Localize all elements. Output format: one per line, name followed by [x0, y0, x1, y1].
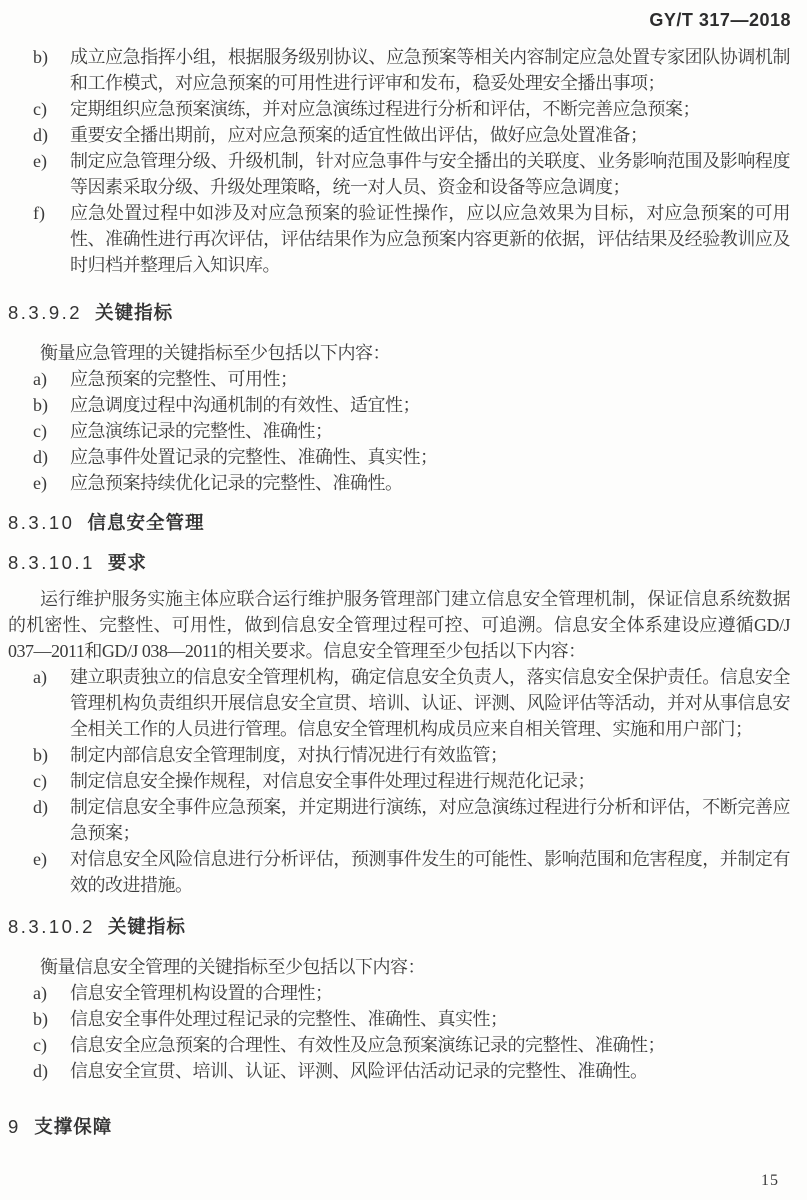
- clause-heading-8-3-10-2: 8.3.10.2关键指标: [8, 914, 790, 940]
- list-item: c) 定期组织应急预案演练，并对应急演练过程进行分析和评估，不断完善应急预案；: [8, 96, 790, 122]
- clause-heading-8-3-10-1: 8.3.10.1要求: [8, 550, 790, 576]
- clause-title: 关键指标: [95, 302, 173, 323]
- list-item-label: a): [33, 664, 70, 742]
- page-number: 15: [761, 1172, 779, 1189]
- list-item-text: 重要安全播出期前，应对应急预案的适宜性做出评估，做好应急处置准备；: [70, 122, 790, 148]
- chapter-heading-9: 9支撑保障: [8, 1114, 790, 1140]
- list-item-label: e): [33, 148, 70, 200]
- list-item: f) 应急处置过程中如涉及对应急预案的验证性操作，应以应急效果为目标，对应急预案…: [8, 200, 790, 278]
- chapter-number: 9: [8, 1116, 18, 1137]
- list-item-text: 应急预案持续优化记录的完整性、准确性。: [70, 470, 790, 496]
- emergency-measures-list: b) 成立应急指挥小组，根据服务级别协议、应急预案等相关内容制定应急处置专家团队…: [8, 44, 790, 278]
- infosec-kpi-intro-paragraph: 衡量信息安全管理的关键指标至少包括以下内容：: [8, 954, 790, 980]
- list-item-label: c): [33, 418, 70, 444]
- list-item-label: d): [33, 794, 70, 846]
- list-item-text: 应急调度过程中沟通机制的有效性、适宜性；: [70, 392, 790, 418]
- list-item-text: 建立职责独立的信息安全管理机构，确定信息安全负责人，落实信息安全保护责任。信息安…: [70, 664, 790, 742]
- list-item: b) 成立应急指挥小组，根据服务级别协议、应急预案等相关内容制定应急处置专家团队…: [8, 44, 790, 96]
- clause-number: 8.3.10.1: [8, 552, 95, 573]
- list-item-text: 制定内部信息安全管理制度，对执行情况进行有效监管；: [70, 742, 790, 768]
- infosec-kpi-list: a) 信息安全管理机构设置的合理性； b) 信息安全事件处理过程记录的完整性、准…: [8, 980, 790, 1084]
- page-footer: 15: [761, 1168, 779, 1194]
- list-item-text: 应急预案的完整性、可用性；: [70, 366, 790, 392]
- infosec-requirements-list: a) 建立职责独立的信息安全管理机构，确定信息安全负责人，落实信息安全保护责任。…: [8, 664, 790, 898]
- document-page: GY/T 317—2018 b) 成立应急指挥小组，根据服务级别协议、应急预案等…: [0, 0, 807, 1200]
- clause-number: 8.3.9.2: [8, 302, 82, 323]
- list-item: d) 制定信息安全事件应急预案，并定期进行演练，对应急演练过程进行分析和评估，不…: [8, 794, 790, 846]
- list-item-text: 应急事件处置记录的完整性、准确性、真实性；: [70, 444, 790, 470]
- list-item: c) 制定信息安全操作规程，对信息安全事件处理过程进行规范化记录；: [8, 768, 790, 794]
- list-item-label: a): [33, 980, 70, 1006]
- list-item-label: d): [33, 444, 70, 470]
- list-item-label: b): [33, 392, 70, 418]
- clause-number: 8.3.10: [8, 512, 74, 533]
- list-item-label: d): [33, 122, 70, 148]
- list-item: d) 应急事件处置记录的完整性、准确性、真实性；: [8, 444, 790, 470]
- clause-title: 信息安全管理: [87, 512, 204, 533]
- list-item-label: b): [33, 44, 70, 96]
- clause-title: 关键指标: [108, 916, 186, 937]
- list-item: c) 信息安全应急预案的合理性、有效性及应急预案演练记录的完整性、准确性；: [8, 1032, 790, 1058]
- clause-heading-8-3-10: 8.3.10信息安全管理: [8, 510, 790, 536]
- list-item-text: 制定信息安全操作规程，对信息安全事件处理过程进行规范化记录；: [70, 768, 790, 794]
- list-item-text: 成立应急指挥小组，根据服务级别协议、应急预案等相关内容制定应急处置专家团队协调机…: [70, 44, 790, 96]
- list-item-text: 制定应急管理分级、升级机制，针对应急事件与安全播出的关联度、业务影响范围及影响程…: [70, 148, 790, 200]
- list-item-label: d): [33, 1058, 70, 1084]
- page-content: b) 成立应急指挥小组，根据服务级别协议、应急预案等相关内容制定应急处置专家团队…: [0, 0, 807, 1140]
- list-item-text: 应急演练记录的完整性、准确性；: [70, 418, 790, 444]
- list-item-label: e): [33, 470, 70, 496]
- list-item-text: 信息安全应急预案的合理性、有效性及应急预案演练记录的完整性、准确性；: [70, 1032, 790, 1058]
- infosec-requirements-paragraph: 运行维护服务实施主体应联合运行维护服务管理部门建立信息安全管理机制，保证信息系统…: [8, 586, 790, 664]
- list-item-text: 应急处置过程中如涉及对应急预案的验证性操作，应以应急效果为目标，对应急预案的可用…: [70, 200, 790, 278]
- list-item: a) 应急预案的完整性、可用性；: [8, 366, 790, 392]
- emergency-kpi-list: a) 应急预案的完整性、可用性； b) 应急调度过程中沟通机制的有效性、适宜性；…: [8, 366, 790, 496]
- list-item-label: a): [33, 366, 70, 392]
- clause-number: 8.3.10.2: [8, 916, 95, 937]
- list-item: e) 对信息安全风险信息进行分析评估，预测事件发生的可能性、影响范围和危害程度，…: [8, 846, 790, 898]
- list-item-text: 信息安全宣贯、培训、认证、评测、风险评估活动记录的完整性、准确性。: [70, 1058, 790, 1084]
- list-item: b) 应急调度过程中沟通机制的有效性、适宜性；: [8, 392, 790, 418]
- list-item: e) 应急预案持续优化记录的完整性、准确性。: [8, 470, 790, 496]
- list-item-label: c): [33, 96, 70, 122]
- list-item-text: 制定信息安全事件应急预案，并定期进行演练，对应急演练过程进行分析和评估，不断完善…: [70, 794, 790, 846]
- list-item-label: e): [33, 846, 70, 898]
- list-item-text: 定期组织应急预案演练，并对应急演练过程进行分析和评估，不断完善应急预案；: [70, 96, 790, 122]
- list-item-label: f): [33, 200, 70, 278]
- list-item: d) 信息安全宣贯、培训、认证、评测、风险评估活动记录的完整性、准确性。: [8, 1058, 790, 1084]
- list-item: a) 信息安全管理机构设置的合理性；: [8, 980, 790, 1006]
- list-item-text: 信息安全管理机构设置的合理性；: [70, 980, 790, 1006]
- clause-heading-8-3-9-2: 8.3.9.2关键指标: [8, 300, 790, 326]
- list-item-label: b): [33, 742, 70, 768]
- list-item-label: c): [33, 768, 70, 794]
- list-item-text: 信息安全事件处理过程记录的完整性、准确性、真实性；: [70, 1006, 790, 1032]
- list-item: b) 信息安全事件处理过程记录的完整性、准确性、真实性；: [8, 1006, 790, 1032]
- list-item: a) 建立职责独立的信息安全管理机构，确定信息安全负责人，落实信息安全保护责任。…: [8, 664, 790, 742]
- kpi-intro-paragraph: 衡量应急管理的关键指标至少包括以下内容：: [8, 340, 790, 366]
- list-item-text: 对信息安全风险信息进行分析评估，预测事件发生的可能性、影响范围和危害程度，并制定…: [70, 846, 790, 898]
- clause-title: 要求: [108, 552, 147, 573]
- list-item: c) 应急演练记录的完整性、准确性；: [8, 418, 790, 444]
- page-header: GY/T 317—2018: [649, 7, 791, 33]
- chapter-title: 支撑保障: [34, 1116, 112, 1137]
- list-item-label: b): [33, 1006, 70, 1032]
- list-item: e) 制定应急管理分级、升级机制，针对应急事件与安全播出的关联度、业务影响范围及…: [8, 148, 790, 200]
- list-item: d) 重要安全播出期前，应对应急预案的适宜性做出评估，做好应急处置准备；: [8, 122, 790, 148]
- list-item-label: c): [33, 1032, 70, 1058]
- standard-number: GY/T 317—2018: [649, 10, 791, 30]
- list-item: b) 制定内部信息安全管理制度，对执行情况进行有效监管；: [8, 742, 790, 768]
